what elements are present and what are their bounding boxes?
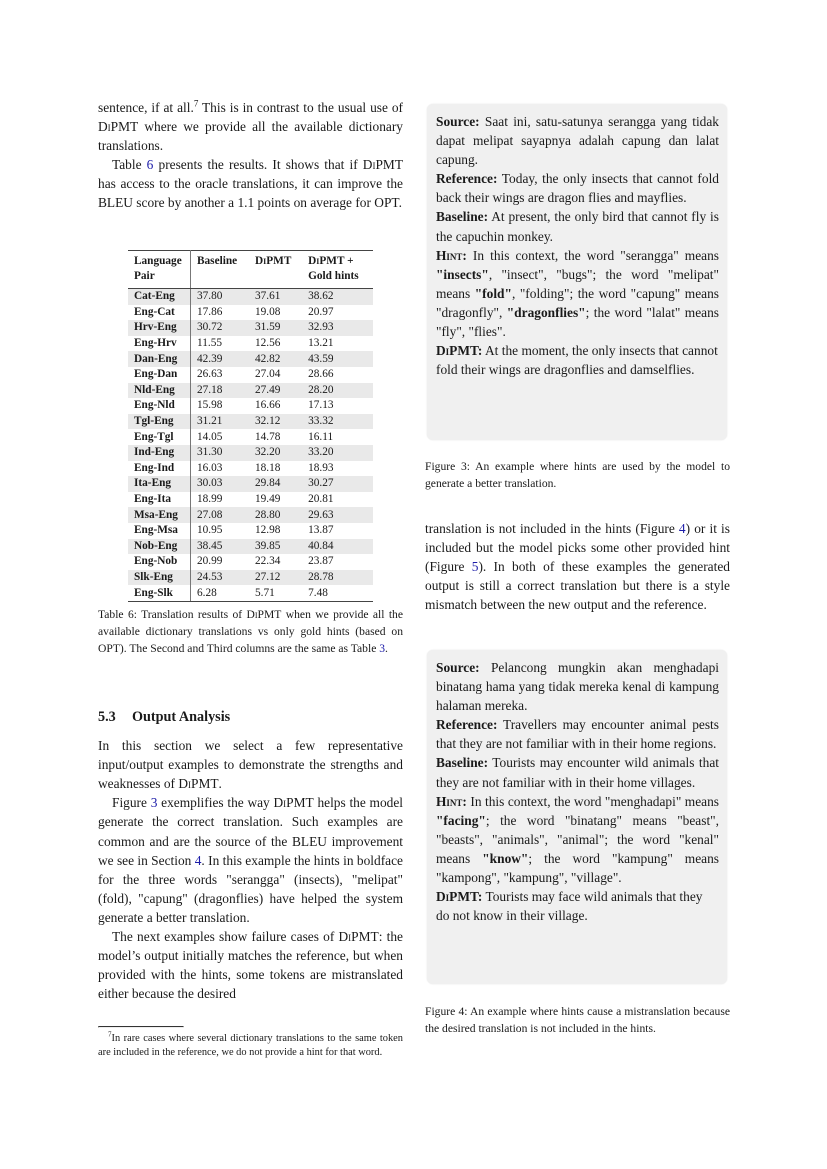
- score-cell: 32.93: [302, 320, 373, 336]
- table-row: Eng-Tgl14.0514.7816.11: [128, 429, 373, 445]
- header-dipmt: DiPMT: [249, 251, 302, 289]
- score-cell: 37.80: [191, 289, 250, 305]
- figure4-box: Source: Pelancong mungkin akan menghadap…: [427, 650, 727, 984]
- section-number: 5.3: [98, 708, 132, 727]
- section-heading: 5.3Output Analysis: [98, 708, 403, 727]
- language-pair-cell: Eng-Cat: [128, 305, 191, 321]
- results-table: LanguagePair Baseline DiPMT DiPMT +Gold …: [128, 250, 373, 602]
- table-row: Nob-Eng38.4539.8540.84: [128, 539, 373, 555]
- results-table-container: LanguagePair Baseline DiPMT DiPMT +Gold …: [128, 250, 373, 602]
- table-caption-block: Table 6: Translation results of DiPMT wh…: [98, 606, 403, 657]
- paragraph-table-results: Table 6 presents the results. It shows t…: [98, 155, 403, 212]
- score-cell: 16.03: [191, 461, 250, 477]
- score-cell: 27.08: [191, 507, 250, 523]
- score-cell: 14.78: [249, 429, 302, 445]
- figure4-source: Source: Pelancong mungkin akan menghadap…: [436, 658, 719, 715]
- score-cell: 11.55: [191, 336, 250, 352]
- score-cell: 28.66: [302, 367, 373, 383]
- score-cell: 32.20: [249, 445, 302, 461]
- score-cell: 30.72: [191, 320, 250, 336]
- paragraph-figure3-discussion: Figure 3 exemplifies the way DiPMT helps…: [98, 793, 403, 927]
- score-cell: 18.18: [249, 461, 302, 477]
- language-pair-cell: Ita-Eng: [128, 476, 191, 492]
- score-cell: 38.45: [191, 539, 250, 555]
- text: This is in contrast to the usual use of: [198, 100, 403, 115]
- table-row: Msa-Eng27.0828.8029.63: [128, 507, 373, 523]
- header-dipmt-gold: DiPMT +Gold hints: [302, 251, 373, 289]
- language-pair-cell: Eng-Nld: [128, 398, 191, 414]
- text: has access to the oracle translations, i…: [98, 176, 403, 210]
- language-pair-cell: Eng-Ind: [128, 461, 191, 477]
- figure4-hint: Hint: In this context, the word "menghad…: [436, 792, 719, 887]
- figure3-baseline: Baseline: At present, the only bird that…: [436, 207, 719, 245]
- table-row: Hrv-Eng30.7231.5932.93: [128, 320, 373, 336]
- table-body: Cat-Eng37.8037.6138.62Eng-Cat17.8619.082…: [128, 289, 373, 602]
- score-cell: 31.21: [191, 414, 250, 430]
- table-row: Eng-Slk6.285.717.48: [128, 585, 373, 601]
- paragraph-intro: sentence, if at all.7 This is in contras…: [98, 98, 403, 155]
- score-cell: 43.59: [302, 351, 373, 367]
- language-pair-cell: Tgl-Eng: [128, 414, 191, 430]
- score-cell: 31.30: [191, 445, 250, 461]
- score-cell: 27.49: [249, 383, 302, 399]
- section-block: 5.3Output Analysis In this section we se…: [98, 708, 403, 1003]
- score-cell: 23.87: [302, 554, 373, 570]
- language-pair-cell: Slk-Eng: [128, 570, 191, 586]
- language-pair-cell: Nld-Eng: [128, 383, 191, 399]
- score-cell: 39.85: [249, 539, 302, 555]
- score-cell: 27.18: [191, 383, 250, 399]
- paragraph-analysis-intro: In this section we select a few represen…: [98, 736, 403, 793]
- score-cell: 18.99: [191, 492, 250, 508]
- score-cell: 22.34: [249, 554, 302, 570]
- table-row: Eng-Cat17.8619.0820.97: [128, 305, 373, 321]
- score-cell: 27.04: [249, 367, 302, 383]
- score-cell: 14.05: [191, 429, 250, 445]
- figure3-caption: Figure 3: An example where hints are use…: [425, 458, 730, 492]
- language-pair-cell: Msa-Eng: [128, 507, 191, 523]
- table-row: Dan-Eng42.3942.8243.59: [128, 351, 373, 367]
- text: Table: [112, 157, 147, 172]
- score-cell: 19.49: [249, 492, 302, 508]
- score-cell: 7.48: [302, 585, 373, 601]
- language-pair-cell: Eng-Nob: [128, 554, 191, 570]
- score-cell: 20.97: [302, 305, 373, 321]
- score-cell: 26.63: [191, 367, 250, 383]
- paragraph-failure-cases: The next examples show failure cases of …: [98, 927, 403, 1003]
- score-cell: 18.93: [302, 461, 373, 477]
- language-pair-cell: Eng-Hrv: [128, 336, 191, 352]
- language-pair-cell: Nob-Eng: [128, 539, 191, 555]
- score-cell: 12.98: [249, 523, 302, 539]
- table-caption: Table 6: Translation results of DiPMT wh…: [98, 606, 403, 657]
- paragraph-style-mismatch: translation is not included in the hints…: [425, 519, 730, 614]
- score-cell: 31.59: [249, 320, 302, 336]
- dipmt-name: DiPMT: [363, 157, 403, 172]
- header-language-pair: LanguagePair: [128, 251, 191, 289]
- table-row: Eng-Ind16.0318.1818.93: [128, 461, 373, 477]
- language-pair-cell: Cat-Eng: [128, 289, 191, 305]
- figure4-baseline: Baseline: Tourists may encounter wild an…: [436, 753, 719, 791]
- text: sentence, if at all.: [98, 100, 194, 115]
- score-cell: 15.98: [191, 398, 250, 414]
- score-cell: 20.81: [302, 492, 373, 508]
- score-cell: 5.71: [249, 585, 302, 601]
- score-cell: 20.99: [191, 554, 250, 570]
- table-row: Tgl-Eng31.2132.1233.32: [128, 414, 373, 430]
- footnote-rule: [98, 1026, 184, 1028]
- score-cell: 30.03: [191, 476, 250, 492]
- figure4-reference: Reference: Travellers may encounter anim…: [436, 715, 719, 753]
- table-row: Eng-Msa10.9512.9813.87: [128, 523, 373, 539]
- text: where we provide all the available dicti…: [98, 119, 403, 153]
- section-title: Output Analysis: [132, 709, 230, 725]
- score-cell: 10.95: [191, 523, 250, 539]
- score-cell: 12.56: [249, 336, 302, 352]
- language-pair-cell: Eng-Ita: [128, 492, 191, 508]
- score-cell: 30.27: [302, 476, 373, 492]
- score-cell: 28.20: [302, 383, 373, 399]
- figure3-source: Source: Saat ini, satu-satunya serangga …: [436, 112, 719, 169]
- score-cell: 17.86: [191, 305, 250, 321]
- score-cell: 33.20: [302, 445, 373, 461]
- score-cell: 29.63: [302, 507, 373, 523]
- score-cell: 32.12: [249, 414, 302, 430]
- score-cell: 38.62: [302, 289, 373, 305]
- header-baseline: Baseline: [191, 251, 250, 289]
- score-cell: 17.13: [302, 398, 373, 414]
- text: presents the results. It shows that if: [153, 157, 362, 172]
- figure4-dipmt-output: DiPMT: Tourists may face wild animals th…: [436, 887, 719, 925]
- score-cell: 13.21: [302, 336, 373, 352]
- footnote: 7In rare cases where several dictionary …: [98, 1032, 403, 1060]
- score-cell: 42.82: [249, 351, 302, 367]
- figure3-dipmt-output: DiPMT: At the moment, the only insects t…: [436, 341, 719, 379]
- table-row: Eng-Hrv11.5512.5613.21: [128, 336, 373, 352]
- score-cell: 33.32: [302, 414, 373, 430]
- language-pair-cell: Eng-Slk: [128, 585, 191, 601]
- table-row: Eng-Nld15.9816.6617.13: [128, 398, 373, 414]
- score-cell: 40.84: [302, 539, 373, 555]
- figure3-reference: Reference: Today, the only insects that …: [436, 169, 719, 207]
- figure3-box: Source: Saat ini, satu-satunya serangga …: [427, 104, 727, 440]
- score-cell: 16.66: [249, 398, 302, 414]
- figure3-hint: Hint: In this context, the word "serangg…: [436, 246, 719, 341]
- left-column: sentence, if at all.7 This is in contras…: [98, 98, 403, 213]
- table-row: Eng-Ita18.9919.4920.81: [128, 492, 373, 508]
- score-cell: 6.28: [191, 585, 250, 601]
- language-pair-cell: Dan-Eng: [128, 351, 191, 367]
- language-pair-cell: Eng-Tgl: [128, 429, 191, 445]
- table-row: Ita-Eng30.0329.8430.27: [128, 476, 373, 492]
- table-row: Slk-Eng24.5327.1228.78: [128, 570, 373, 586]
- table-row: Nld-Eng27.1827.4928.20: [128, 383, 373, 399]
- score-cell: 37.61: [249, 289, 302, 305]
- score-cell: 28.80: [249, 507, 302, 523]
- table-row: Eng-Nob20.9922.3423.87: [128, 554, 373, 570]
- score-cell: 16.11: [302, 429, 373, 445]
- score-cell: 28.78: [302, 570, 373, 586]
- table-row: Cat-Eng37.8037.6138.62: [128, 289, 373, 305]
- score-cell: 29.84: [249, 476, 302, 492]
- score-cell: 42.39: [191, 351, 250, 367]
- language-pair-cell: Hrv-Eng: [128, 320, 191, 336]
- dipmt-name: DiPMT: [98, 119, 138, 134]
- figure4-caption: Figure 4: An example where hints cause a…: [425, 1003, 730, 1037]
- language-pair-cell: Eng-Dan: [128, 367, 191, 383]
- language-pair-cell: Eng-Msa: [128, 523, 191, 539]
- score-cell: 13.87: [302, 523, 373, 539]
- language-pair-cell: Ind-Eng: [128, 445, 191, 461]
- figure-ref-link[interactable]: 4: [679, 521, 686, 536]
- table-row: Eng-Dan26.6327.0428.66: [128, 367, 373, 383]
- score-cell: 19.08: [249, 305, 302, 321]
- footnote-block: 7In rare cases where several dictionary …: [98, 1026, 403, 1060]
- score-cell: 27.12: [249, 570, 302, 586]
- table-row: Ind-Eng31.3032.2033.20: [128, 445, 373, 461]
- score-cell: 24.53: [191, 570, 250, 586]
